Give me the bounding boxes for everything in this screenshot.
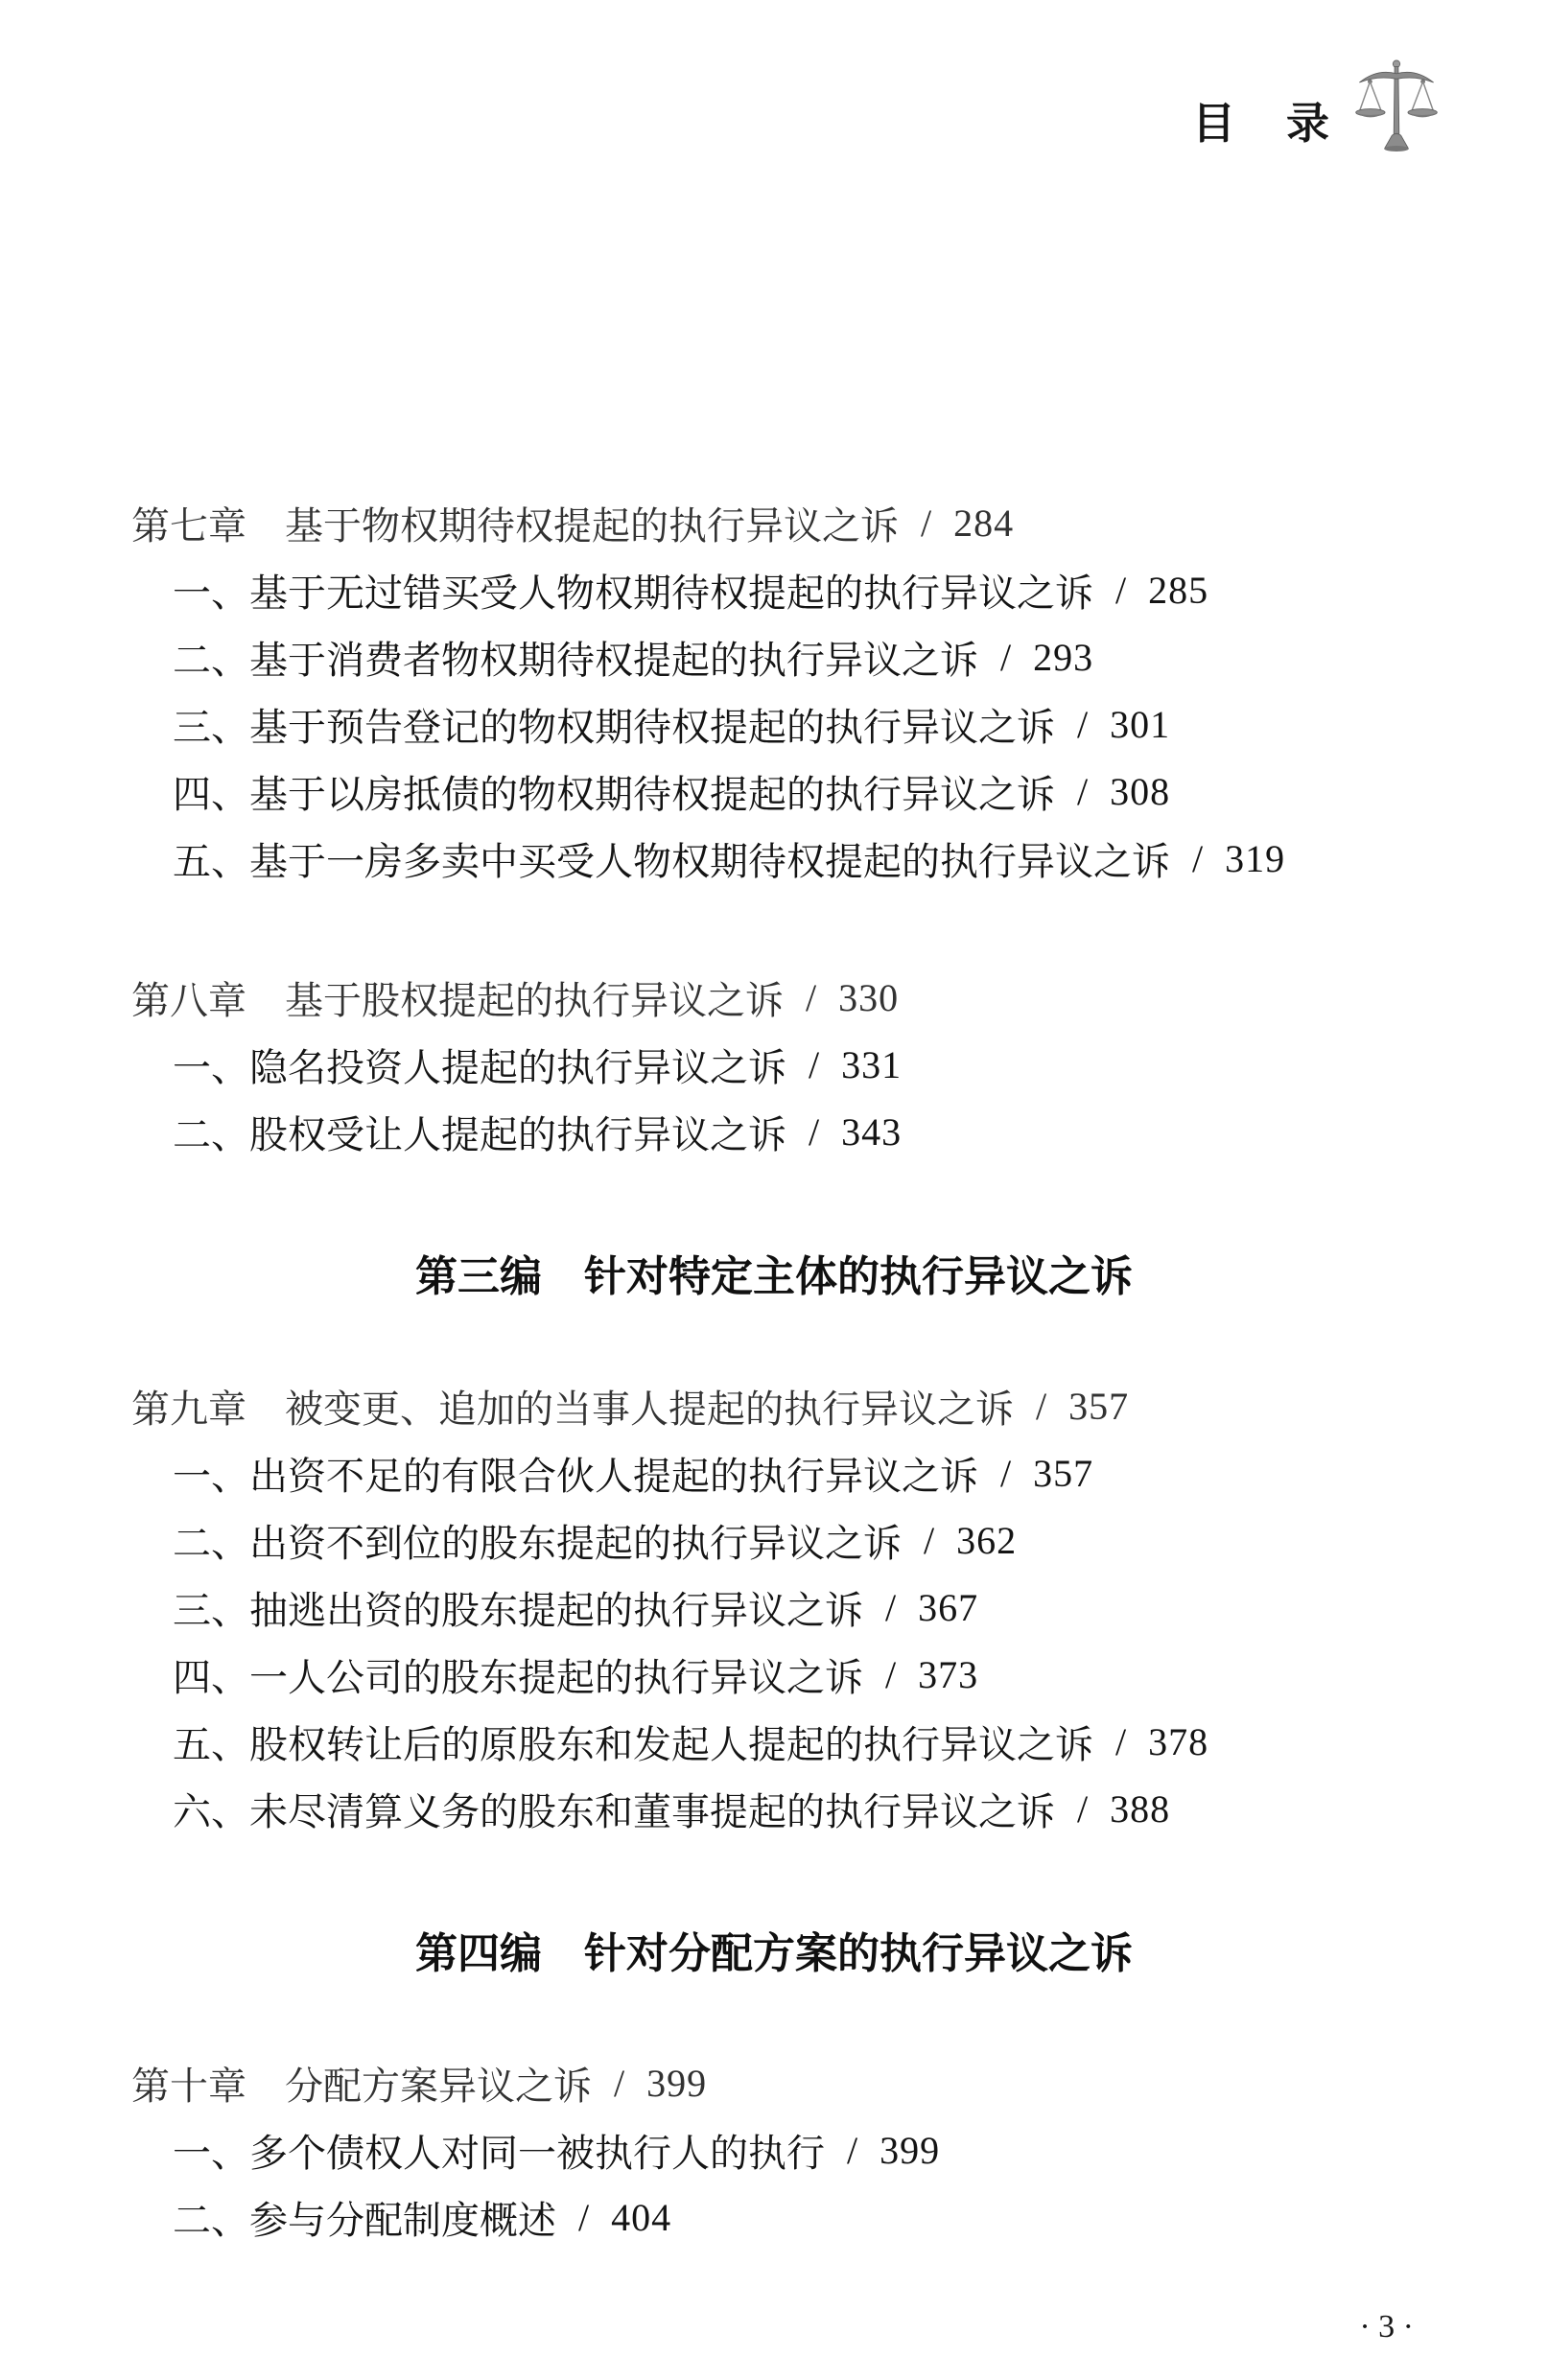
toc-entry-title: 五、基于一房多卖中买受人物权期待权提起的执行异议之诉	[173, 831, 1170, 886]
page-separator: /	[1000, 1451, 1011, 1496]
toc-entry-title: 三、基于预告登记的物权期待权提起的执行异议之诉	[173, 697, 1055, 752]
page-ref: 343	[841, 1109, 902, 1155]
toc-chapter-line: 第七章 基于物权期待权提起的执行异议之诉/284	[0, 489, 1548, 556]
page-separator: /	[885, 1585, 896, 1630]
toc-item-line: 一、出资不足的有限合伙人提起的执行异议之诉/357	[0, 1439, 1548, 1506]
page-ref: 388	[1110, 1786, 1170, 1832]
toc-item-line: 四、一人公司的股东提起的执行异议之诉/373	[0, 1641, 1548, 1708]
page-ref: 330	[838, 975, 899, 1020]
toc-item-line: 二、股权受让人提起的执行异议之诉/343	[0, 1098, 1548, 1165]
toc-part-heading: 第三编 针对特定主体的执行异议之诉	[0, 1239, 1548, 1306]
page-separator: /	[809, 1042, 819, 1087]
toc-item-line: 一、基于无过错买受人物权期待权提起的执行异议之诉/285	[0, 556, 1548, 623]
page-separator: /	[614, 2061, 624, 2106]
page-separator: /	[1077, 1786, 1088, 1832]
toc-entry-title: 一、基于无过错买受人物权期待权提起的执行异议之诉	[173, 563, 1093, 618]
toc-entry-title: 四、基于以房抵债的物权期待权提起的执行异议之诉	[173, 764, 1055, 819]
toc-entry-title: 四、一人公司的股东提起的执行异议之诉	[173, 1647, 863, 1702]
page-separator: /	[809, 1109, 819, 1155]
toc-entry-title: 第四编 针对分配方案的执行异议之诉	[415, 1919, 1133, 1980]
toc-item-line: 六、未尽清算义务的股东和董事提起的执行异议之诉/388	[0, 1775, 1548, 1842]
toc-chapter-line: 第八章 基于股权提起的执行异议之诉/330	[0, 964, 1548, 1031]
toc-item-line: 五、基于一房多卖中买受人物权期待权提起的执行异议之诉/319	[0, 825, 1548, 892]
toc-entry-title: 第九章 被变更、追加的当事人提起的执行异议之诉	[131, 1379, 1014, 1434]
page-separator: /	[1036, 1384, 1046, 1429]
document-page: 目 录 第七章 基于物权期待权提起的执行异议之诉/284一、基于无过错买受人物权…	[0, 0, 1548, 2380]
toc-item-line: 一、多个债权人对同一被执行人的执行/399	[0, 2116, 1548, 2183]
page-ref: 331	[841, 1042, 902, 1087]
page-separator: /	[924, 1518, 934, 1563]
toc-entry-title: 二、参与分配制度概述	[173, 2190, 556, 2245]
page-ref: 362	[956, 1518, 1017, 1563]
page-ref: 357	[1033, 1451, 1093, 1496]
page-ref: 399	[880, 2128, 940, 2173]
toc-item-line: 三、抽逃出资的股东提起的执行异议之诉/367	[0, 1574, 1548, 1641]
toc-item-line: 五、股权转让后的原股东和发起人提起的执行异议之诉/378	[0, 1708, 1548, 1775]
page-separator: /	[885, 1652, 896, 1697]
page-ref: 285	[1148, 568, 1208, 613]
page-header: 目 录	[1192, 56, 1441, 153]
page-separator: /	[1115, 568, 1126, 613]
page-separator: /	[1192, 836, 1203, 881]
toc-entry-title: 第十章 分配方案异议之诉	[131, 2056, 592, 2111]
page-ref: 367	[918, 1585, 978, 1630]
toc-entry-title: 第三编 针对特定主体的执行异议之诉	[415, 1242, 1133, 1303]
page-ref: 293	[1033, 635, 1093, 680]
page-separator: /	[1077, 769, 1088, 814]
page-ref: 373	[918, 1652, 978, 1697]
toc-chapter-line: 第十章 分配方案异议之诉/399	[0, 2049, 1548, 2116]
page-ref: 399	[646, 2061, 707, 2106]
toc-entry-title: 二、基于消费者物权期待权提起的执行异议之诉	[173, 630, 978, 685]
toc-entry-title: 一、隐名投资人提起的执行异议之诉	[173, 1038, 786, 1092]
page-ref: 378	[1148, 1719, 1208, 1764]
page-ref: 308	[1110, 769, 1170, 814]
page-separator: /	[1000, 635, 1011, 680]
page-separator: /	[847, 2128, 857, 2173]
page-ref: 357	[1068, 1384, 1129, 1429]
toc-entry-title: 二、股权受让人提起的执行异议之诉	[173, 1105, 786, 1159]
toc-part-heading: 第四编 针对分配方案的执行异议之诉	[0, 1916, 1548, 1983]
page-ref: 284	[953, 501, 1014, 546]
page-separator: /	[578, 2195, 589, 2240]
toc-entry-title: 三、抽逃出资的股东提起的执行异议之诉	[173, 1580, 863, 1635]
toc-item-line: 二、基于消费者物权期待权提起的执行异议之诉/293	[0, 623, 1548, 690]
toc-entry-title: 第八章 基于股权提起的执行异议之诉	[131, 970, 784, 1025]
toc-item-line: 二、出资不到位的股东提起的执行异议之诉/362	[0, 1506, 1548, 1574]
toc-item-line: 二、参与分配制度概述/404	[0, 2183, 1548, 2251]
page-separator: /	[1077, 702, 1088, 747]
toc-entry-title: 一、出资不足的有限合伙人提起的执行异议之诉	[173, 1446, 978, 1501]
page-separator: /	[921, 501, 931, 546]
toc-list: 第七章 基于物权期待权提起的执行异议之诉/284一、基于无过错买受人物权期待权提…	[0, 489, 1548, 2251]
page-title: 目 录	[1192, 103, 1333, 146]
toc-entry-title: 六、未尽清算义务的股东和董事提起的执行异议之诉	[173, 1782, 1055, 1836]
toc-entry-title: 二、出资不到位的股东提起的执行异议之诉	[173, 1513, 902, 1568]
toc-item-line: 三、基于预告登记的物权期待权提起的执行异议之诉/301	[0, 690, 1548, 758]
toc-chapter-line: 第九章 被变更、追加的当事人提起的执行异议之诉/357	[0, 1372, 1548, 1439]
toc-entry-title: 一、多个债权人对同一被执行人的执行	[173, 2123, 825, 2178]
page-separator: /	[1115, 1719, 1126, 1764]
page-ref: 301	[1110, 702, 1170, 747]
toc-entry-title: 第七章 基于物权期待权提起的执行异议之诉	[131, 496, 899, 550]
page-separator: /	[806, 975, 816, 1020]
page-ref: 319	[1225, 836, 1285, 881]
scales-of-justice-icon	[1352, 56, 1441, 153]
page-number: · 3 ·	[1359, 2309, 1414, 2345]
toc-entry-title: 五、股权转让后的原股东和发起人提起的执行异议之诉	[173, 1715, 1093, 1769]
page-ref: 404	[611, 2195, 671, 2240]
toc-item-line: 一、隐名投资人提起的执行异议之诉/331	[0, 1031, 1548, 1098]
toc-item-line: 四、基于以房抵债的物权期待权提起的执行异议之诉/308	[0, 758, 1548, 825]
